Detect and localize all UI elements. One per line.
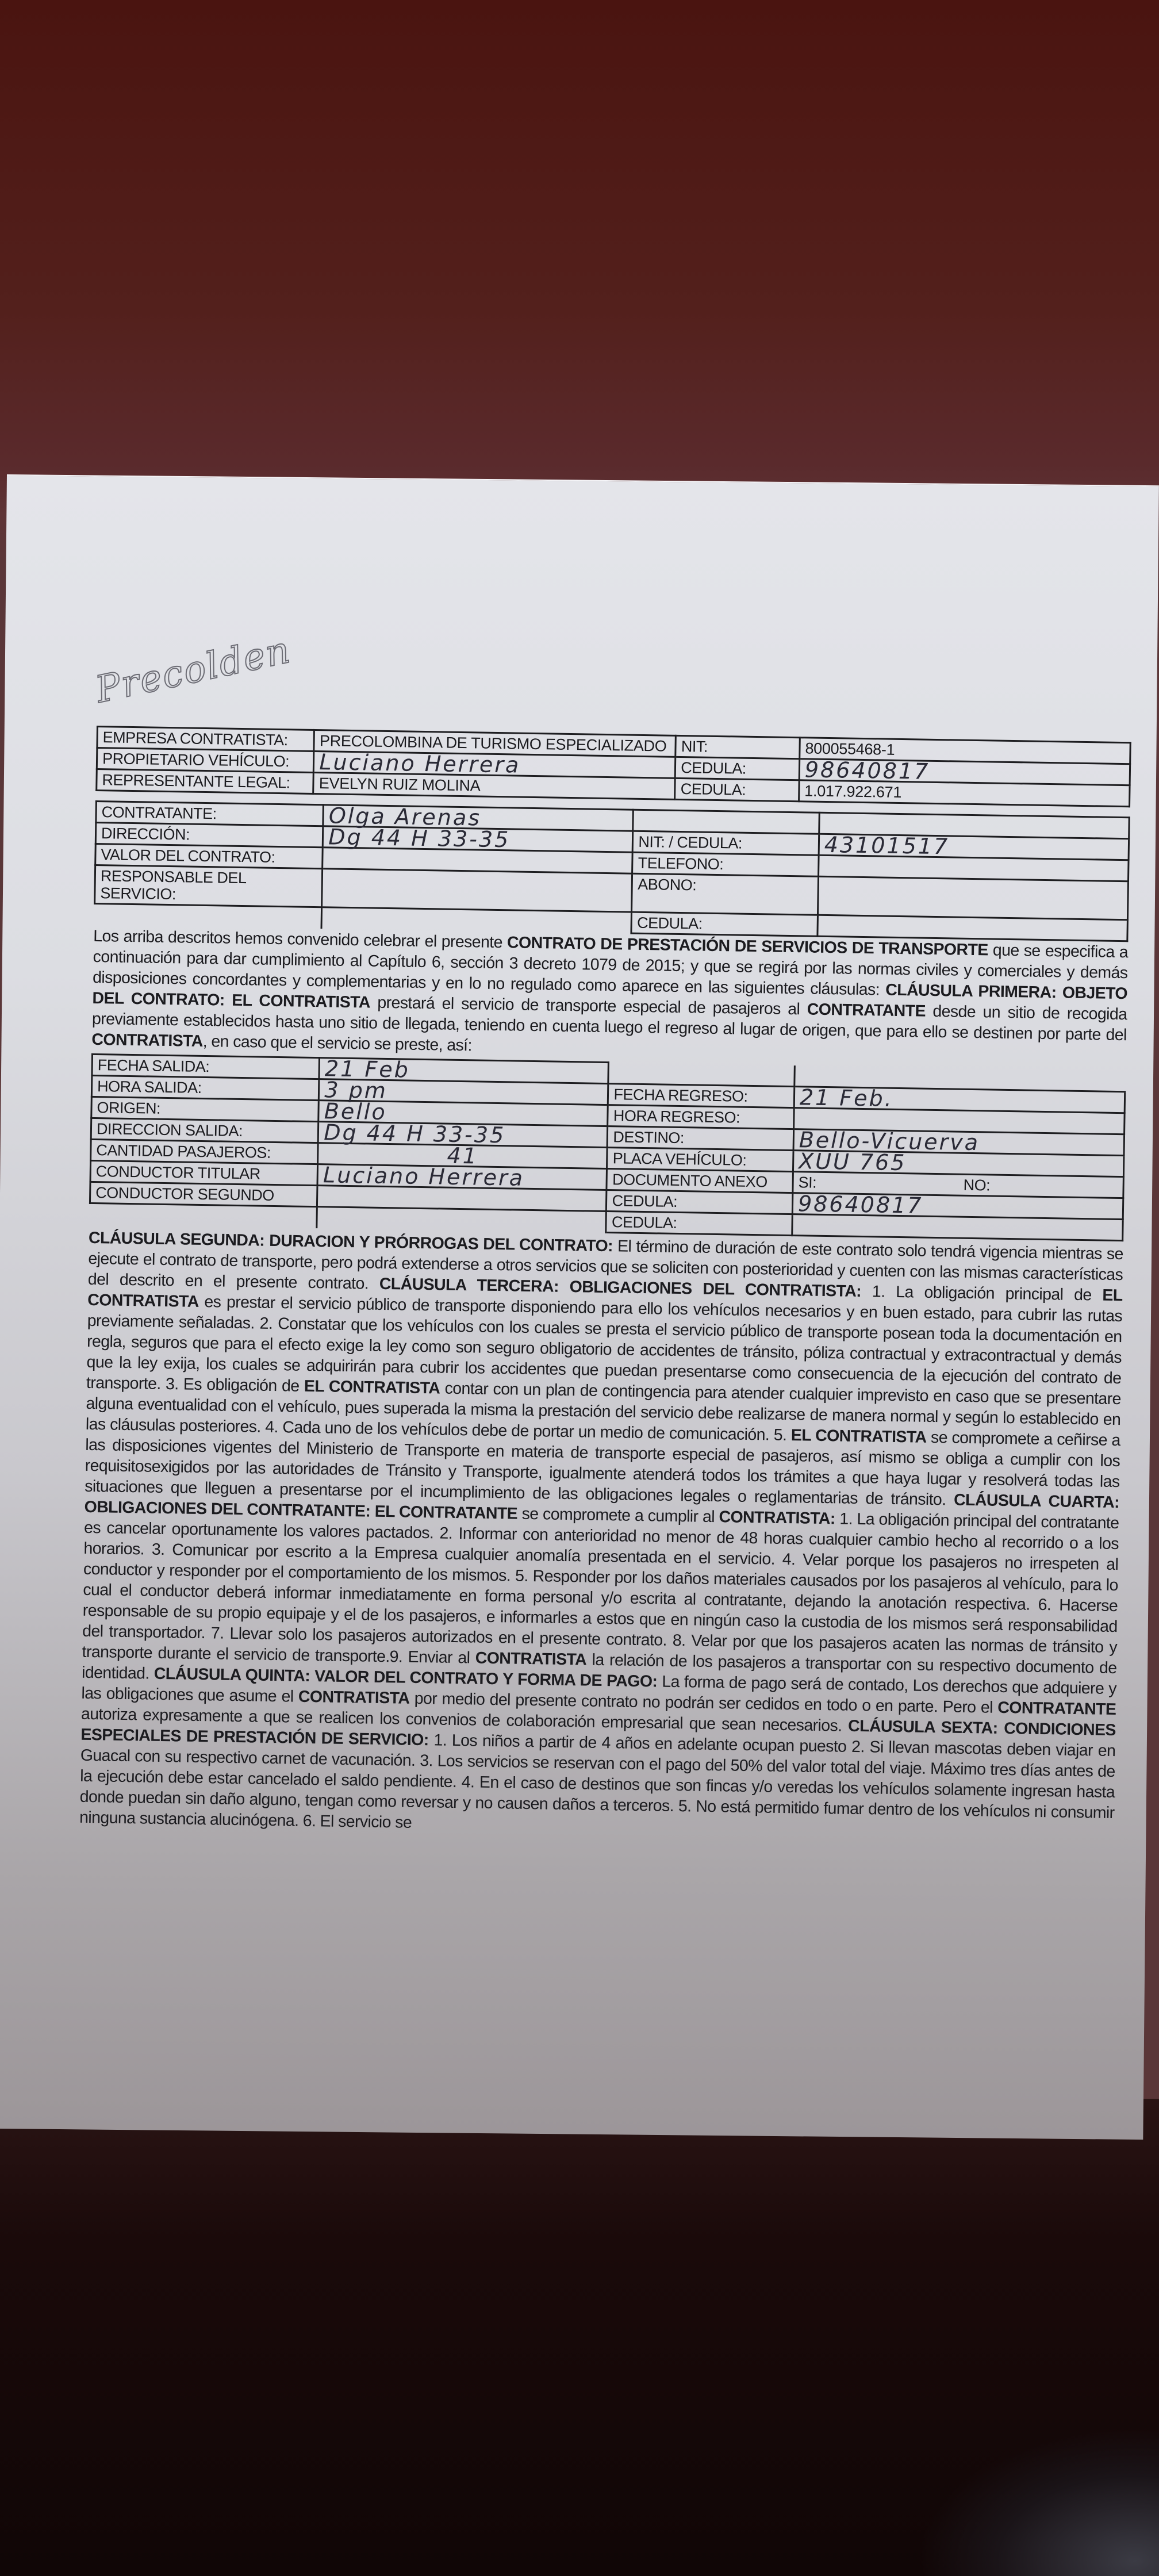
background-bottom	[0, 2099, 1159, 2576]
return-time-label: HORA REGRESO:	[608, 1105, 794, 1129]
clause-term: CONTRATISTA:	[719, 1508, 835, 1528]
clause-text: es prestar el servicio público de transp…	[86, 1293, 1123, 1396]
clause-term: CONTRATISTA	[298, 1688, 410, 1708]
contract-value-label: VALOR DEL CONTRATO:	[95, 844, 323, 868]
destination-label: DESTINO:	[608, 1126, 794, 1151]
legal-rep-cedula-value: 1.017.922.671	[799, 780, 1130, 807]
annex-yes-label: SI:	[798, 1174, 816, 1191]
clause-text: se compromete a cumplir al	[517, 1505, 719, 1527]
deposit-value	[818, 876, 1128, 919]
blank-label	[94, 903, 322, 928]
responsible-value	[322, 869, 632, 912]
owner-cedula-label: CEDULA:	[676, 757, 800, 780]
clause-term: EL CONTRATISTA	[304, 1377, 440, 1398]
clause-term: CONTRATISTA	[91, 1030, 203, 1051]
clauses-paragraph: CLÁUSULA SEGUNDA: DURACION Y PRÓRROGAS D…	[79, 1228, 1123, 1844]
clause-term: CONTRATANTE	[997, 1699, 1116, 1719]
plate-label: PLACA VEHÍCULO:	[607, 1148, 793, 1172]
driver-value: Luciano Herrera	[317, 1164, 607, 1190]
clause-text: 1. La obligación principal de	[861, 1282, 1103, 1305]
driver-label: CONDUCTOR TITULAR	[90, 1160, 318, 1185]
phone-label: TELEFONO:	[632, 852, 819, 876]
owner-label: PROPIETARIO VEHÍCULO:	[97, 748, 314, 773]
legal-rep-label: REPRESENTANTE LEGAL:	[97, 769, 314, 794]
client-label: CONTRATANTE:	[96, 802, 324, 826]
client-table: CONTRATANTE: Olga Arenas DIRECCIÓN: Dg 4…	[94, 800, 1130, 942]
intro-paragraph: Los arriba descritos hemos convenido cel…	[91, 926, 1128, 1066]
departure-date-label: FECHA SALIDA:	[92, 1054, 320, 1079]
second-driver-label: CONDUCTOR SEGUNDO	[90, 1182, 317, 1206]
responsible-cedula-value	[818, 915, 1128, 941]
origin-label: ORIGEN:	[91, 1097, 319, 1121]
client-id-label: NIT: / CEDULA:	[633, 831, 819, 855]
passengers-label: CANTIDAD PASAJEROS:	[91, 1139, 318, 1164]
address-label: DIRECCIÓN:	[95, 823, 323, 848]
clause-term: CONTRATANTE	[807, 1000, 926, 1020]
clause-term: EL CONTRATISTA	[791, 1426, 927, 1447]
departure-address-label: DIRECCION SALIDA:	[91, 1118, 318, 1143]
nit-label: NIT:	[676, 735, 800, 758]
annex-label: DOCUMENTO ANEXO	[607, 1169, 793, 1193]
owner-cedula-value: 98640817	[799, 759, 1130, 785]
clause-term: CONTRATISTA	[475, 1649, 587, 1669]
second-driver-cedula-label: CEDULA:	[606, 1212, 792, 1236]
responsible-cedula-label: CEDULA:	[631, 912, 818, 936]
blank-label	[608, 1063, 795, 1087]
client-blank-label	[633, 810, 819, 834]
deposit-label: ABONO:	[632, 873, 818, 915]
client-id-value: 43101517	[819, 834, 1129, 860]
service-table: FECHA SALIDA: 21 Feb HORA SALIDA: 3 pm F…	[89, 1053, 1126, 1241]
clause-text: 1. La obligación principal del contratan…	[82, 1509, 1119, 1667]
departure-time-label: HORA SALIDA:	[91, 1075, 319, 1100]
driver-cedula-label: CEDULA:	[607, 1190, 793, 1214]
blank-value	[321, 907, 632, 933]
blank-value	[317, 1207, 607, 1233]
blank-label	[90, 1203, 317, 1228]
return-date-value: 21 Feb.	[794, 1087, 1125, 1113]
contract-document: EMPRESA CONTRATISTA: PRECOLOMBINA DE TUR…	[79, 726, 1131, 1844]
legal-rep-cedula-label: CEDULA:	[675, 778, 799, 801]
second-driver-cedula-value	[792, 1214, 1123, 1241]
responsible-label: RESPONSABLE DEL SERVICIO:	[95, 865, 323, 907]
annex-no-label: NO:	[963, 1176, 990, 1194]
address-value: Dg 44 H 33-35	[323, 826, 634, 852]
return-date-label: FECHA REGRESO:	[608, 1084, 795, 1108]
driver-cedula-value: 98640817	[792, 1193, 1123, 1220]
company-label: EMPRESA CONTRATISTA:	[97, 727, 314, 752]
background-glare	[918, 2426, 1159, 2576]
clause-text: , en caso que el servicio se preste, así…	[203, 1032, 473, 1055]
